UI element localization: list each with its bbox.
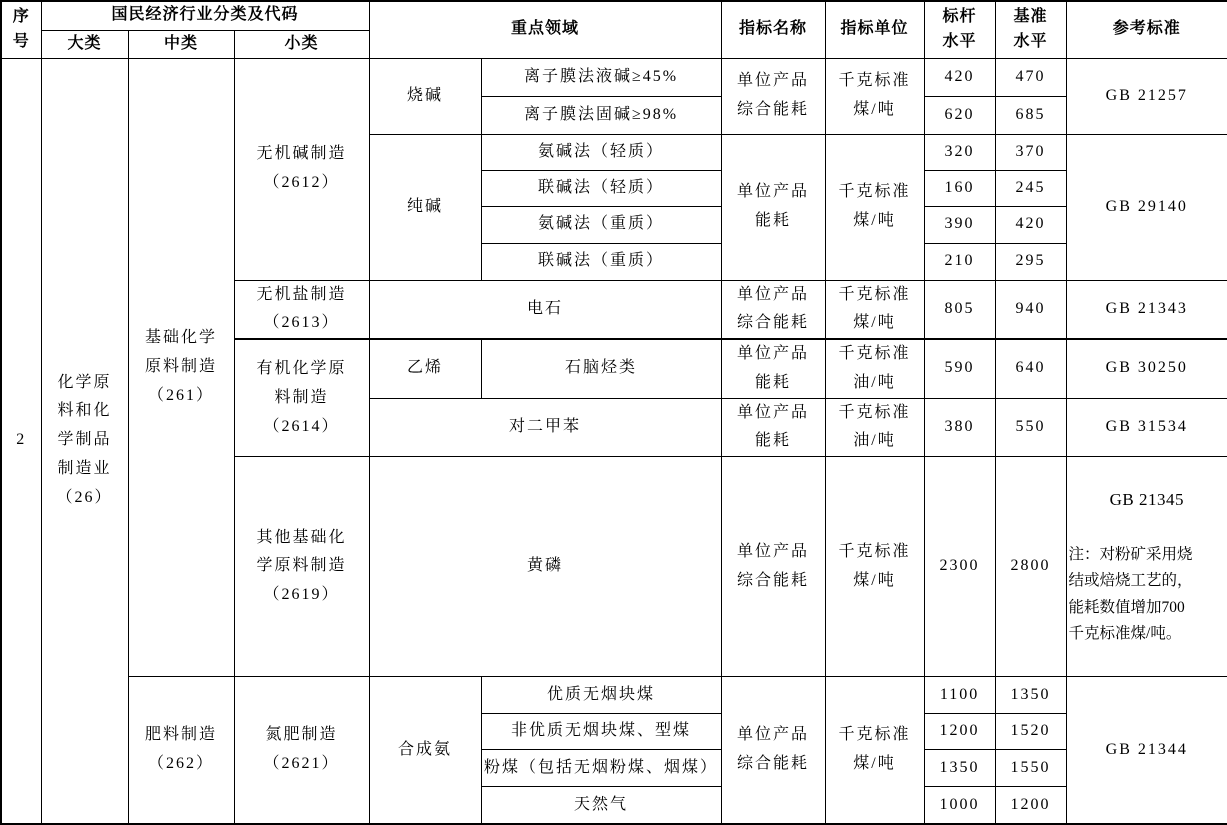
table-body: 2 化学原 料和化 学制品 制造业 （26） 基础化学 原料制造 （261） 无…: [1, 58, 1227, 824]
major-category-cell: 化学原 料和化 学制品 制造业 （26）: [41, 58, 128, 824]
benchmark-value: 210: [924, 243, 995, 280]
baseline-value: 940: [995, 280, 1066, 339]
benchmark-value: 1350: [924, 750, 995, 787]
key-sub-cell: 非优质无烟块煤、型煤: [481, 714, 721, 750]
benchmark-value: 390: [924, 206, 995, 243]
indicator-name-cell: 单位产品 综合能耗: [721, 457, 825, 677]
reference-standard: GB 21343: [1066, 280, 1227, 339]
col-header-reference-standard: 参考标准: [1066, 1, 1227, 58]
baseline-value: 1200: [995, 787, 1066, 824]
col-header-major-category: 大类: [41, 30, 128, 58]
reference-standard: GB 21257: [1066, 58, 1227, 134]
benchmark-value: 2300: [924, 457, 995, 677]
reference-standard: GB 31534: [1066, 398, 1227, 457]
key-area-cell: 乙烯: [369, 339, 481, 398]
baseline-value: 2800: [995, 457, 1066, 677]
indicator-name-cell: 单位产品 能耗: [721, 339, 825, 398]
indicator-name-cell: 单位产品 综合能耗: [721, 280, 825, 339]
baseline-value: 1550: [995, 750, 1066, 787]
key-sub-cell: 联碱法（重质）: [481, 243, 721, 280]
small-category-cell-2621: 氮肥制造 （2621）: [234, 677, 369, 824]
key-area-cell: 烧碱: [369, 58, 481, 134]
baseline-value: 1520: [995, 714, 1066, 750]
col-header-indicator-unit: 指标单位: [825, 1, 924, 58]
indicator-name-cell: 单位产品 综合能耗: [721, 677, 825, 824]
col-header-baseline-level: 基准 水平: [995, 1, 1066, 58]
benchmark-value: 590: [924, 339, 995, 398]
col-header-industry-class: 国民经济行业分类及代码: [41, 1, 369, 30]
benchmark-value: 1000: [924, 787, 995, 824]
reference-note: 注：对粉矿采用烧 结或焙烧工艺的， 能耗数值增加700 千克标准煤/吨。: [1069, 542, 1226, 647]
key-sub-cell: 石脑烃类: [481, 339, 721, 398]
key-sub-cell: 联碱法（轻质）: [481, 170, 721, 206]
col-header-benchmark-level: 标杆 水平: [924, 1, 995, 58]
reference-standard: GB 21345: [1069, 486, 1226, 513]
key-area-cell: 纯碱: [369, 134, 481, 280]
key-sub-cell: 离子膜法液碱≥45%: [481, 58, 721, 96]
key-sub-cell: 粉煤（包括无烟粉煤、烟煤）: [481, 750, 721, 787]
key-sub-cell: 氨碱法（轻质）: [481, 134, 721, 170]
baseline-value: 1350: [995, 677, 1066, 714]
baseline-value: 420: [995, 206, 1066, 243]
benchmark-value: 380: [924, 398, 995, 457]
indicator-unit-cell: 千克标准 煤/吨: [825, 58, 924, 134]
indicator-name-cell: 单位产品 能耗: [721, 134, 825, 280]
col-header-indicator-name: 指标名称: [721, 1, 825, 58]
mid-category-cell-262: 肥料制造 （262）: [128, 677, 234, 824]
baseline-value: 245: [995, 170, 1066, 206]
baseline-value: 550: [995, 398, 1066, 457]
key-sub-cell: 黄磷: [369, 457, 721, 677]
key-sub-cell: 电石: [369, 280, 721, 339]
key-sub-cell: 对二甲苯: [369, 398, 721, 457]
baseline-value: 685: [995, 96, 1066, 134]
key-area-cell: 合成氨: [369, 677, 481, 824]
indicator-name-cell: 单位产品 综合能耗: [721, 58, 825, 134]
small-category-cell-2613: 无机盐制造 （2613）: [234, 280, 369, 339]
indicator-unit-cell: 千克标准 油/吨: [825, 398, 924, 457]
indicator-name-cell: 单位产品 能耗: [721, 398, 825, 457]
benchmark-value: 160: [924, 170, 995, 206]
table-header: 序 号 国民经济行业分类及代码 重点领域 指标名称 指标单位 标杆 水平 基准 …: [1, 1, 1227, 58]
benchmark-value: 1200: [924, 714, 995, 750]
seq-cell: 2: [1, 58, 41, 824]
baseline-value: 370: [995, 134, 1066, 170]
small-category-cell-2614: 有机化学原 料制造 （2614）: [234, 339, 369, 457]
benchmark-value: 805: [924, 280, 995, 339]
indicator-unit-cell: 千克标准 煤/吨: [825, 280, 924, 339]
baseline-value: 470: [995, 58, 1066, 96]
reference-standard: GB 30250: [1066, 339, 1227, 398]
col-header-small-category: 小类: [234, 30, 369, 58]
reference-standard: GB 21344: [1066, 677, 1227, 824]
indicator-unit-cell: 千克标准 油/吨: [825, 339, 924, 398]
key-sub-cell: 天然气: [481, 787, 721, 824]
col-header-key-field: 重点领域: [369, 1, 721, 58]
reference-standard: GB 29140: [1066, 134, 1227, 280]
col-header-seq: 序 号: [1, 1, 41, 58]
benchmark-value: 620: [924, 96, 995, 134]
baseline-value: 295: [995, 243, 1066, 280]
benchmark-value: 320: [924, 134, 995, 170]
col-header-mid-category: 中类: [128, 30, 234, 58]
benchmark-value: 420: [924, 58, 995, 96]
indicator-unit-cell: 千克标准 煤/吨: [825, 134, 924, 280]
document-page: 序 号 国民经济行业分类及代码 重点领域 指标名称 指标单位 标杆 水平 基准 …: [0, 0, 1227, 727]
key-sub-cell: 氨碱法（重质）: [481, 206, 721, 243]
mid-category-cell-261: 基础化学 原料制造 （261）: [128, 58, 234, 677]
reference-standard-with-note: GB 21345 注：对粉矿采用烧 结或焙烧工艺的， 能耗数值增加700 千克标…: [1066, 457, 1227, 677]
benchmark-value: 1100: [924, 677, 995, 714]
key-sub-cell: 离子膜法固碱≥98%: [481, 96, 721, 134]
small-category-cell-2619: 其他基础化 学原料制造 （2619）: [234, 457, 369, 677]
energy-efficiency-benchmark-table: 序 号 国民经济行业分类及代码 重点领域 指标名称 指标单位 标杆 水平 基准 …: [0, 0, 1227, 825]
table-row: 2 化学原 料和化 学制品 制造业 （26） 基础化学 原料制造 （261） 无…: [1, 58, 1227, 96]
baseline-value: 640: [995, 339, 1066, 398]
small-category-cell-2612: 无机碱制造 （2612）: [234, 58, 369, 280]
indicator-unit-cell: 千克标准 煤/吨: [825, 457, 924, 677]
table-row: 肥料制造 （262） 氮肥制造 （2621） 合成氨 优质无烟块煤 单位产品 综…: [1, 677, 1227, 714]
key-sub-cell: 优质无烟块煤: [481, 677, 721, 714]
indicator-unit-cell: 千克标准 煤/吨: [825, 677, 924, 824]
